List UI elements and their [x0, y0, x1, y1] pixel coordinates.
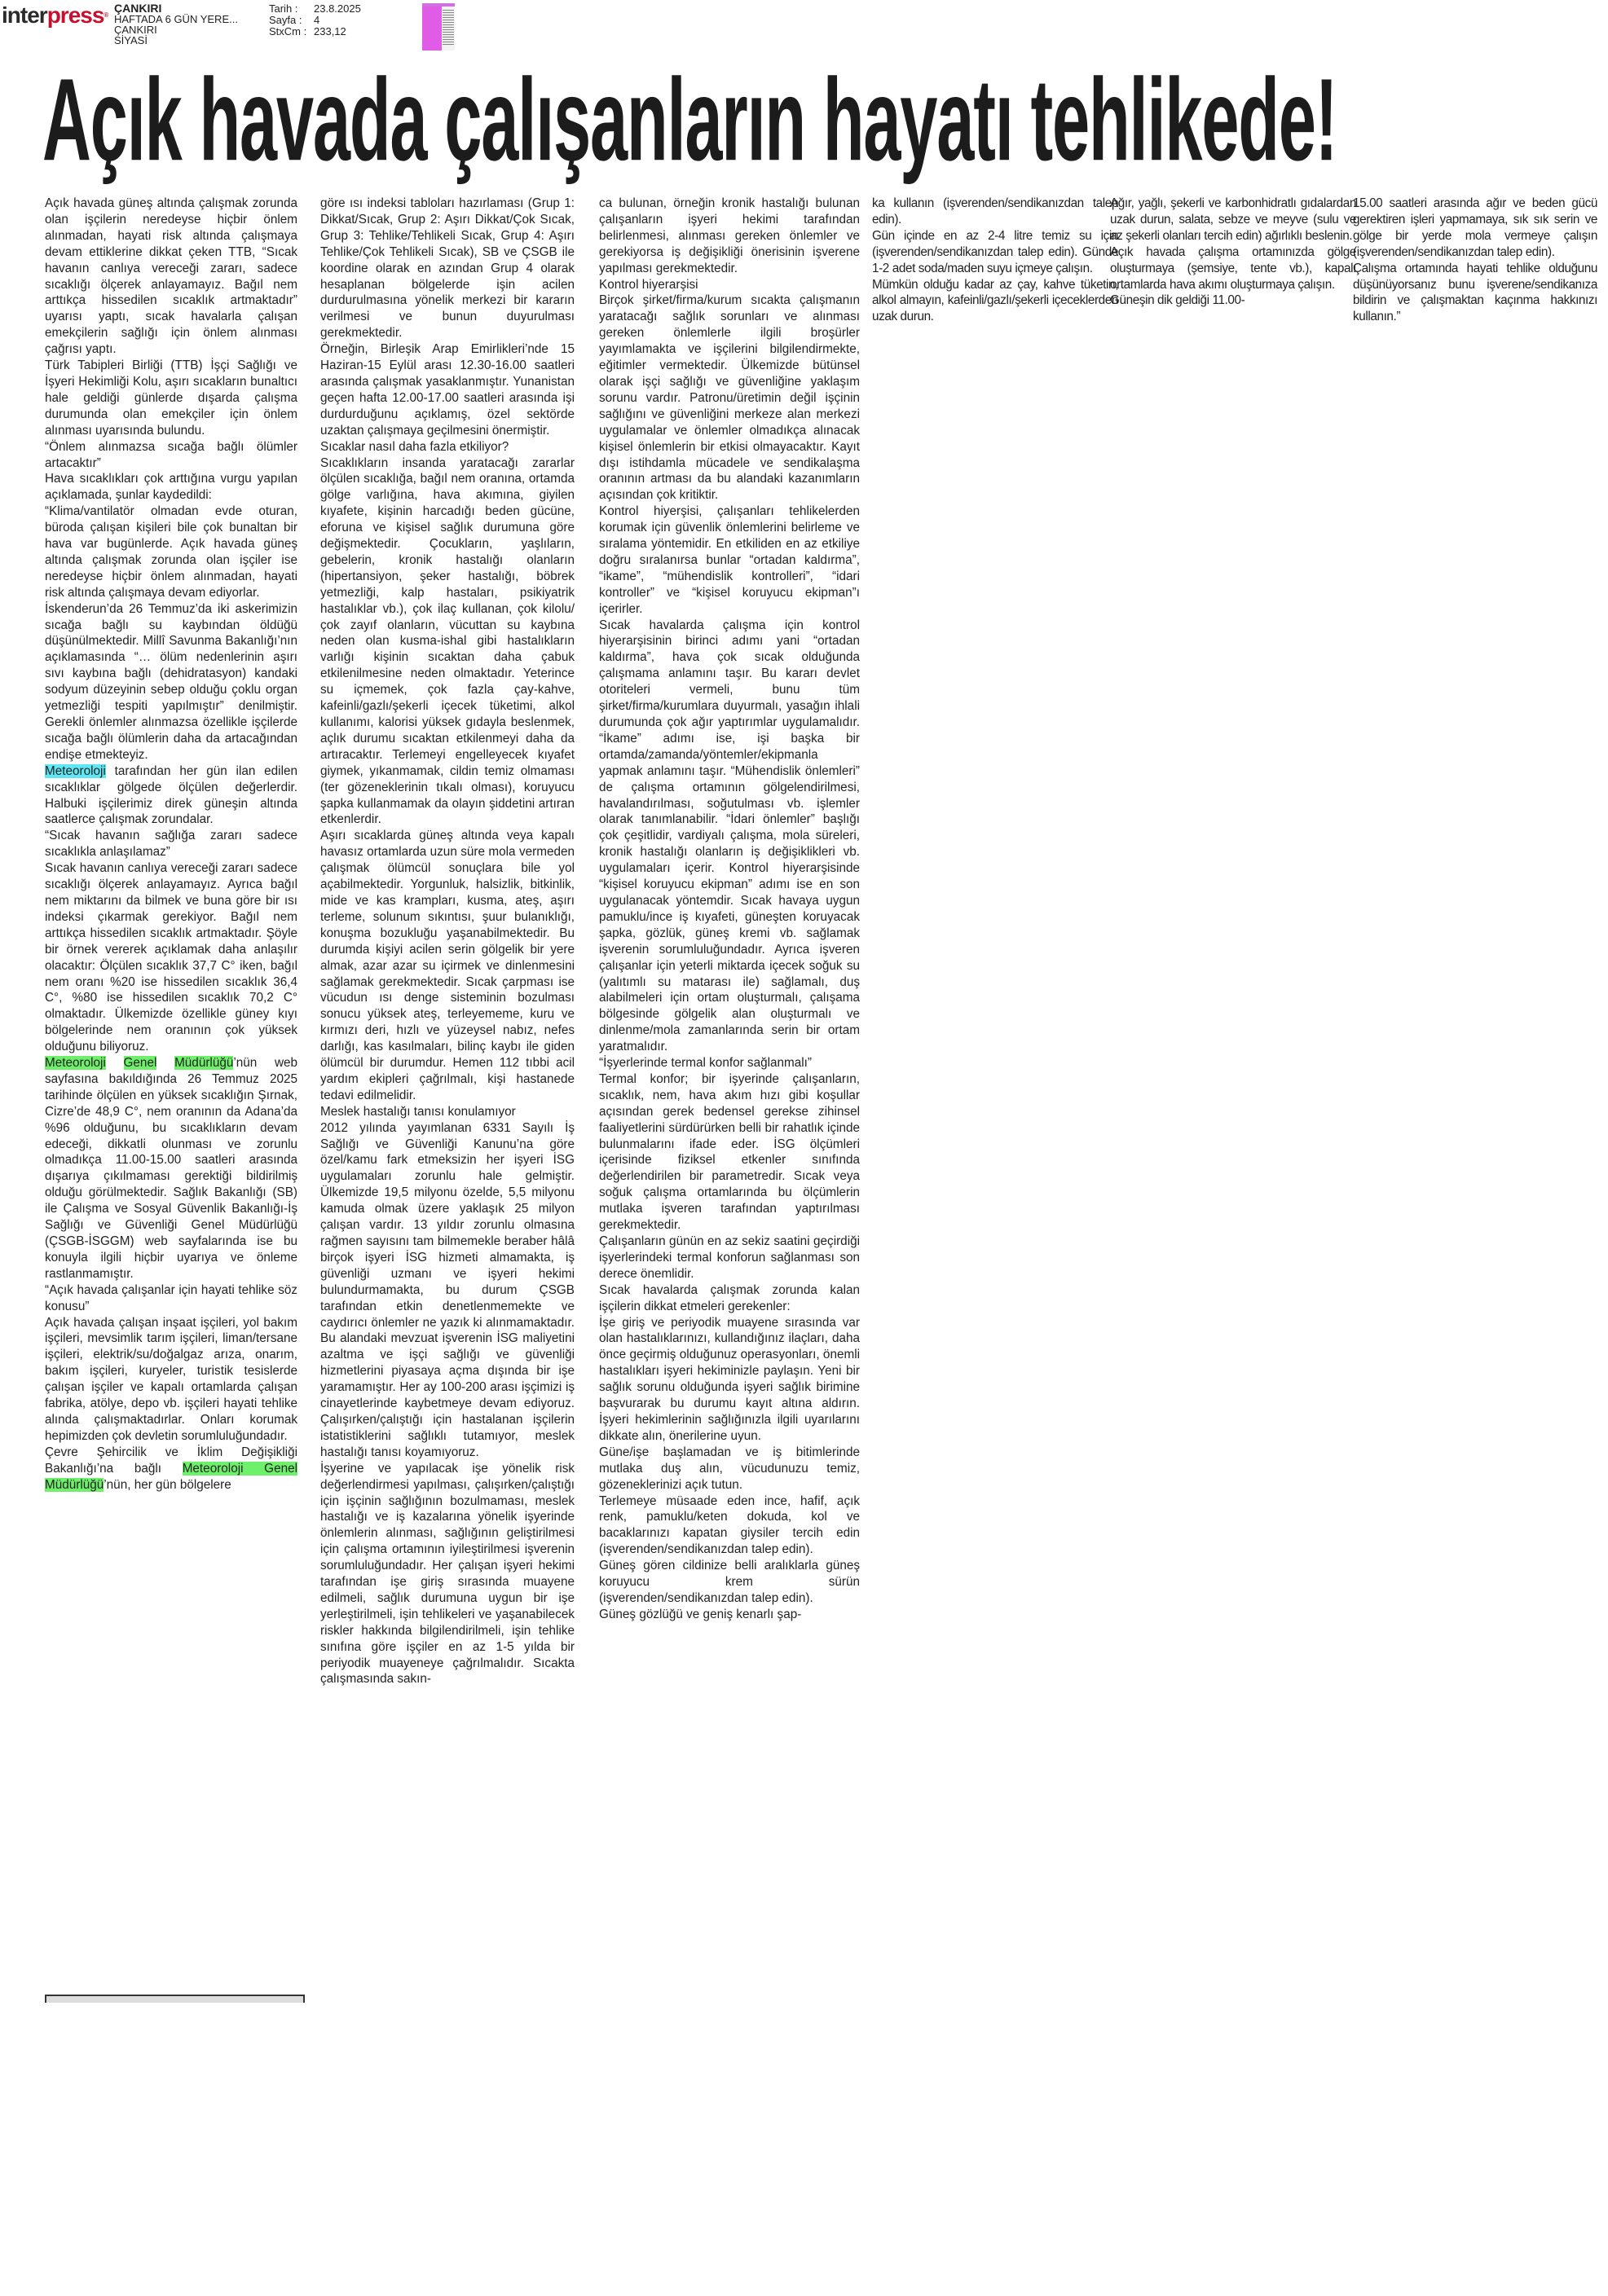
- paragraph: Güne/işe başlamadan ve iş bitimlerinde m…: [599, 1445, 860, 1493]
- paragraph: Güneş gören cildinize belli aralıklarla …: [599, 1558, 860, 1607]
- highlighted-keyword: Meteoroloji Genel: [183, 1462, 297, 1476]
- paragraph: Çevre Şehircilik ve İklim Değişikliği Ba…: [45, 1445, 297, 1493]
- registered-mark: ®: [104, 11, 108, 19]
- paragraph: Ağır, yağlı, şekerli ve karbonhidratlı g…: [1110, 196, 1356, 244]
- paragraph: Mümkün olduğu kadar az çay, kahve tüketi…: [872, 277, 1118, 326]
- article-column-4: ka kullanın (işverenden/sendikanızdan ta…: [872, 196, 1118, 325]
- clipping-header: interpress® ÇANKIRI HAFTADA 6 GÜN YERE..…: [0, 0, 1608, 57]
- paragraph: Kontrol hiyerşisi, çalışanları tehlikele…: [599, 504, 860, 617]
- size-value: 233,12: [314, 26, 346, 37]
- paragraph: ca bulunan, örneğin kronik hastalığı bul…: [599, 196, 860, 277]
- paragraph: Meteoroloji tarafından her gün ilan edil…: [45, 763, 297, 829]
- highlighted-keyword: Müdürlüğü: [174, 1056, 233, 1070]
- subheading: “Açık havada çalışanlar için hayati tehl…: [45, 1282, 297, 1315]
- interpress-logo: interpress®: [2, 3, 108, 28]
- paragraph: Açık havada güneş altında çalışmak zorun…: [45, 196, 297, 358]
- article-column-3: ca bulunan, örneğin kronik hastalığı bul…: [599, 196, 860, 1623]
- paragraph: Aşırı sıcaklarda güneş altında veya kapa…: [320, 828, 575, 1103]
- paragraph: İşyerine ve yapılacak işe yönelik risk d…: [320, 1461, 575, 1688]
- paragraph: Sıcak havalarda çalışmak zorunda kalan i…: [599, 1282, 860, 1315]
- paragraph: ka kullanın (işverenden/sendikanızdan ta…: [872, 196, 1118, 228]
- paragraph: Çalışma ortamında hayati tehlike olduğun…: [1353, 261, 1597, 326]
- publication-info: ÇANKIRI HAFTADA 6 GÜN YERE... ÇANKIRI Sİ…: [114, 3, 238, 46]
- date-label: Tarih :: [269, 3, 314, 15]
- paragraph: İskenderun’da 26 Temmuz’da iki askerimiz…: [45, 601, 297, 763]
- paragraph: Terlemeye müsaade eden ince, hafif, açık…: [599, 1493, 860, 1559]
- continuation-bracket: [45, 1995, 305, 2003]
- date-value: 23.8.2025: [314, 3, 361, 15]
- paragraph: Türk Tabipleri Birliği (TTB) İşçi Sağlığ…: [45, 358, 297, 439]
- paragraph: Meteoroloji Genel Müdürlüğü’nün web sayf…: [45, 1055, 297, 1282]
- subheading: “İşyerlerinde termal konfor sağlanmalı”: [599, 1055, 860, 1071]
- article-column-1: Açık havada güneş altında çalışmak zorun…: [45, 196, 297, 1493]
- paragraph: Gün içinde en az 2-4 litre temiz su için…: [872, 228, 1118, 277]
- article-headline: Açık havada çalışanların hayatı tehliked…: [42, 61, 901, 180]
- paragraph: İşe giriş ve periyodik muayene sırasında…: [599, 1315, 860, 1445]
- paragraph: Birçok şirket/firma/kurum sıcakta çalışm…: [599, 292, 860, 504]
- paragraph: Örneğin, Birleşik Arap Emirlikleri’nde 1…: [320, 341, 575, 438]
- highlighted-keyword: Meteoroloji: [45, 1056, 106, 1070]
- subheading: “Önlem alınmazsa sıcağa bağlı ölümler ar…: [45, 439, 297, 472]
- paragraph: Çalışanların günün en az sekiz saatini g…: [599, 1234, 860, 1282]
- paragraph: Açık havada çalışma ortamınızda gölge ol…: [1110, 244, 1356, 293]
- page-value: 4: [314, 15, 319, 26]
- subheading: Sıcaklar nasıl daha fazla etkiliyor?: [320, 439, 575, 455]
- logo-text-inter: inter: [2, 2, 47, 28]
- paragraph: Sıcak havalarda çalışma için kontrol hiy…: [599, 618, 860, 1055]
- paragraph: Termal konfor; bir işyerinde çalışanları…: [599, 1071, 860, 1234]
- highlighted-keyword: Genel: [124, 1056, 157, 1070]
- page-label: Sayfa :: [269, 15, 314, 26]
- paragraph: Sıcaklıkların insanda yaratacağı zararla…: [320, 455, 575, 829]
- size-label: StxCm :: [269, 26, 314, 37]
- article-column-5: Ağır, yağlı, şekerli ve karbonhidratlı g…: [1110, 196, 1356, 309]
- paragraph: Güneşin dik geldiği 11.00-: [1110, 292, 1356, 309]
- paragraph: 2012 yılında yayımlanan 6331 Sayılı İş S…: [320, 1120, 575, 1461]
- paragraph: Açık havada çalışan inşaat işçileri, yol…: [45, 1315, 297, 1445]
- article-column-2: göre ısı indeksi tabloları hazırlaması (…: [320, 196, 575, 1687]
- subheading: Meslek hastalığı tanısı konulamıyor: [320, 1104, 575, 1120]
- paragraph: Güneş gözlüğü ve geniş kenarlı şap-: [599, 1607, 860, 1623]
- paragraph: “Klima/vantilatör olmadan evde oturan, b…: [45, 504, 297, 600]
- paragraph: Sıcak havanın canlıya vereceği zararı sa…: [45, 860, 297, 1055]
- page-thumbnail-icon[interactable]: [422, 3, 455, 51]
- logo-text-press: press: [47, 2, 104, 28]
- subheading: Kontrol hiyerarşisi: [599, 277, 860, 293]
- highlighted-keyword: Müdürlüğü: [45, 1478, 104, 1492]
- clipping-meta: Tarih :23.8.2025 Sayfa :4 StxCm :233,12: [269, 3, 361, 37]
- paragraph: Hava sıcaklıkları çok arttığına vurgu ya…: [45, 471, 297, 504]
- article-column-6: 15.00 saatleri arasında ağır ve beden gü…: [1353, 196, 1597, 325]
- paragraph: göre ısı indeksi tabloları hazırlaması (…: [320, 196, 575, 341]
- publication-category: SİYASİ: [114, 35, 238, 46]
- highlighted-keyword: Meteoroloji: [45, 764, 106, 778]
- subheading: “Sıcak havanın sağlığa zararı sadece sıc…: [45, 828, 297, 860]
- paragraph: 15.00 saatleri arasında ağır ve beden gü…: [1353, 196, 1597, 261]
